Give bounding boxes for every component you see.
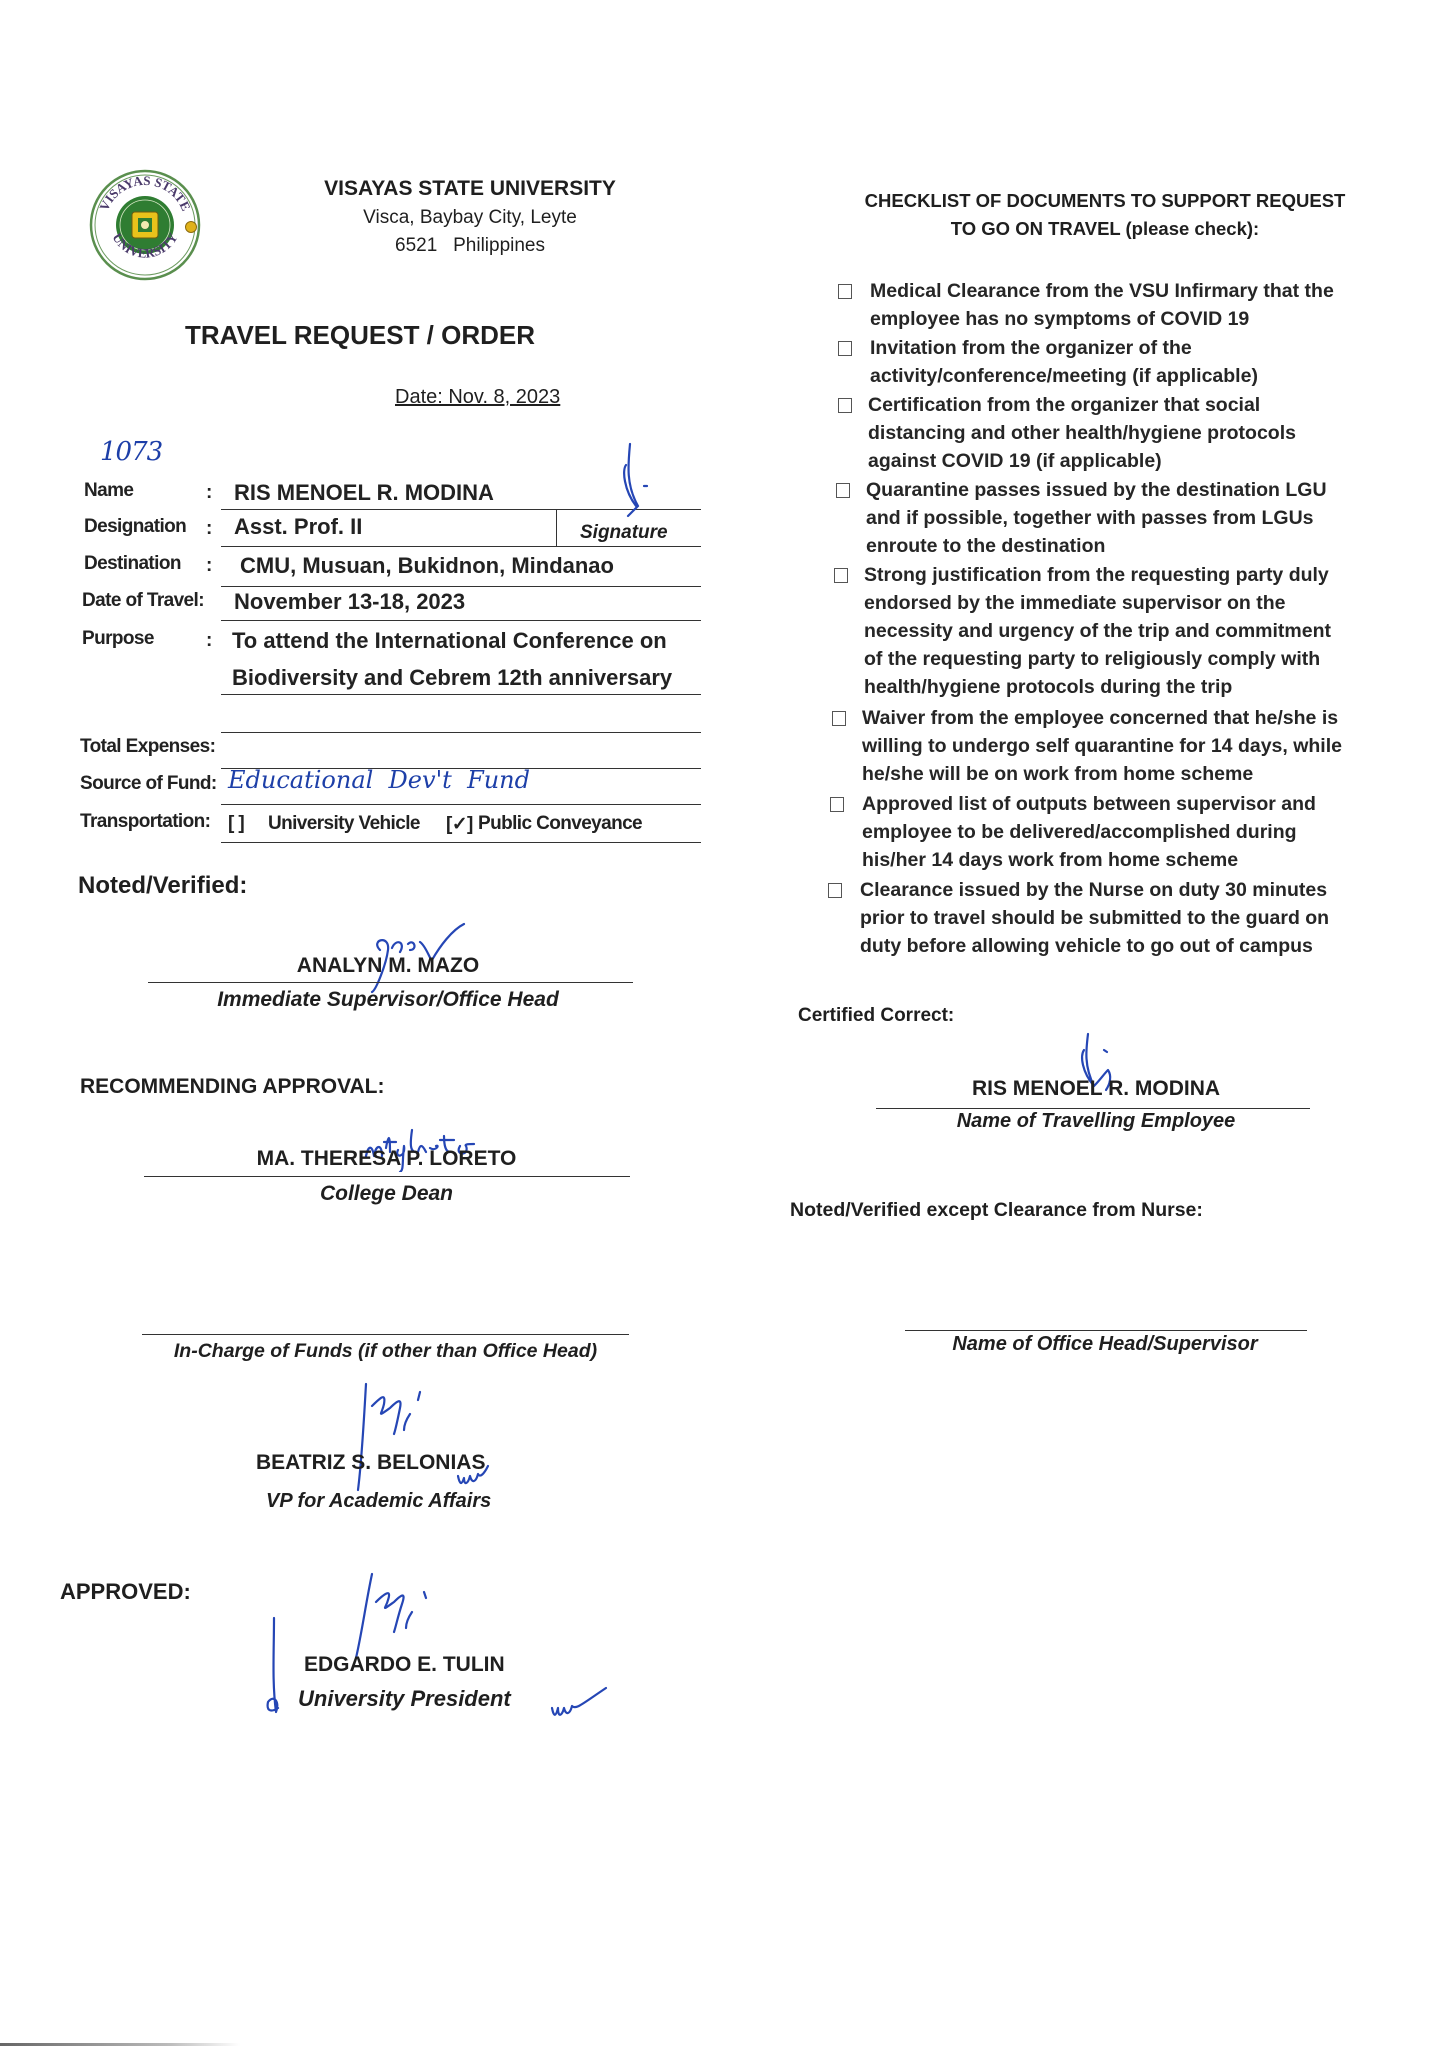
purpose-value-line2[interactable]: Biodiversity and Cebrem 12th anniversary [232, 665, 672, 691]
checklist-item: Quarantine passes issued by the destinat… [866, 476, 1327, 560]
university-address-line1: Visca, Baybay City, Leyte [300, 207, 640, 229]
vpaa-signature [340, 1378, 490, 1493]
vpaa-name: BEATRIZ S. BELONIAS [256, 1451, 485, 1475]
form-title: TRAVEL REQUEST / ORDER [170, 320, 550, 351]
checklist-item: Invitation from the organizer of theacti… [870, 334, 1258, 390]
destination-value[interactable]: CMU, Musuan, Bukidnon, Mindanao [240, 553, 614, 579]
office-head-title: Name of Office Head/Supervisor [905, 1333, 1305, 1356]
checklist-checkbox[interactable] [838, 284, 852, 299]
supervisor-name: ANALYN M. MAZO [148, 954, 628, 978]
transport-public-conveyance-checkbox[interactable]: [✓] [446, 813, 473, 836]
checklist-item-line: prior to travel should be submitted to t… [860, 904, 1329, 932]
checklist-item-line: employee has no symptoms of COVID 19 [870, 305, 1334, 333]
purpose-value-line1[interactable]: To attend the International Conference o… [232, 628, 667, 654]
checklist-checkbox[interactable] [834, 568, 848, 583]
checklist-item-line: Quarantine passes issued by the destinat… [866, 476, 1327, 504]
name-label: Name [84, 480, 133, 502]
recommending-approval-label: RECOMMENDING APPROVAL: [80, 1075, 385, 1099]
designation-underline [221, 546, 701, 547]
checklist-item-line: his/her 14 days work from home scheme [862, 846, 1316, 874]
checklist-checkbox[interactable] [830, 797, 844, 812]
checklist-item-line: willing to undergo self quarantine for 1… [862, 732, 1342, 760]
supervisor-signature-line [148, 982, 633, 983]
checklist-item: Medical Clearance from the VSU Infirmary… [870, 277, 1334, 333]
source-of-fund-value[interactable]: Educational Dev't Fund [228, 766, 530, 794]
checklist-item-line: he/she will be on work from home scheme [862, 760, 1342, 788]
checklist-item-line: Approved list of outputs between supervi… [862, 790, 1316, 818]
date-of-travel-underline [221, 620, 701, 621]
employee-signature-line [876, 1108, 1310, 1109]
vpaa-title: VP for Academic Affairs [266, 1490, 491, 1513]
checklist-item: Approved list of outputs between supervi… [862, 790, 1316, 874]
checklist-title-line2: TO GO ON TRAVEL (please check): [820, 218, 1390, 240]
checklist-item-line: Medical Clearance from the VSU Infirmary… [870, 277, 1334, 305]
purpose-sep: : [206, 630, 212, 652]
source-of-fund-underline [221, 804, 701, 805]
applicant-signature [616, 440, 666, 520]
checklist-item-line: activity/conference/meeting (if applicab… [870, 362, 1258, 390]
checklist-checkbox[interactable] [832, 711, 846, 726]
checklist-item-line: Waiver from the employee concerned that … [862, 704, 1342, 732]
signature-cell-divider [556, 510, 557, 546]
blank-underline [221, 732, 701, 733]
scan-edge-artifact [0, 2043, 240, 2046]
university-seal-icon: VISAYAS STATE UNIVERSITY [88, 168, 202, 282]
university-name: VISAYAS STATE UNIVERSITY [300, 177, 640, 201]
dean-signature-line [144, 1176, 630, 1177]
destination-label: Destination [84, 553, 181, 575]
source-of-fund-label: Source of Fund: [80, 773, 217, 795]
name-value[interactable]: RIS MENOEL R. MODINA [234, 480, 494, 506]
employee-title: Name of Travelling Employee [876, 1110, 1316, 1133]
dean-title: College Dean [144, 1182, 629, 1206]
checklist-item-line: health/hygiene protocols during the trip [864, 673, 1331, 701]
checklist-item-line: employee to be delivered/accomplished du… [862, 818, 1316, 846]
handwritten-reference-number: 1073 [100, 437, 162, 467]
checklist-item-line: against COVID 19 (if applicable) [868, 447, 1296, 475]
checklist-item: Clearance issued by the Nurse on duty 30… [860, 876, 1329, 960]
form-date: Date: Nov. 8, 2023 [395, 386, 560, 409]
transport-public-conveyance-label: Public Conveyance [478, 813, 642, 835]
purpose-underline [221, 694, 701, 695]
checklist-item-line: and if possible, together with passes fr… [866, 504, 1327, 532]
checklist-item-line: Strong justification from the requesting… [864, 561, 1331, 589]
total-expenses-label: Total Expenses: [80, 736, 215, 758]
checklist-item: Waiver from the employee concerned that … [862, 704, 1342, 788]
date-of-travel-value[interactable]: November 13-18, 2023 [234, 589, 465, 615]
checklist-item-line: Invitation from the organizer of the [870, 334, 1258, 362]
checklist-title-line1: CHECKLIST OF DOCUMENTS TO SUPPORT REQUES… [820, 190, 1390, 212]
transportation-label: Transportation: [80, 811, 210, 833]
destination-underline [221, 586, 701, 587]
name-sep: : [206, 482, 212, 504]
certified-correct-label: Certified Correct: [798, 1005, 954, 1027]
checklist-item: Strong justification from the requesting… [864, 561, 1331, 701]
checklist-item-line: distancing and other health/hygiene prot… [868, 419, 1296, 447]
employee-name: RIS MENOEL R. MODINA [876, 1077, 1316, 1101]
checklist-item-line: Certification from the organizer that so… [868, 391, 1296, 419]
checklist-item-line: enroute to the destination [866, 532, 1327, 560]
designation-label: Designation [84, 516, 186, 538]
checklist-item-line: Clearance issued by the Nurse on duty 30… [860, 876, 1329, 904]
noted-except-label: Noted/Verified except Clearance from Nur… [790, 1199, 1203, 1222]
checklist-checkbox[interactable] [838, 398, 852, 413]
designation-value[interactable]: Asst. Prof. II [234, 514, 362, 540]
checklist-item-line: necessity and urgency of the trip and co… [864, 617, 1331, 645]
checklist-checkbox[interactable] [838, 341, 852, 356]
transport-university-vehicle-label: University Vehicle [268, 813, 420, 835]
transport-university-vehicle-checkbox[interactable]: [ ] [228, 813, 244, 835]
university-address-line2: 6521 Philippines [300, 235, 640, 257]
funds-title: In-Charge of Funds (if other than Office… [142, 1340, 629, 1363]
signature-label: Signature [580, 522, 668, 544]
noted-verified-label: Noted/Verified: [78, 872, 247, 900]
destination-sep: : [206, 555, 212, 577]
checklist-item-line: endorsed by the immediate supervisor on … [864, 589, 1331, 617]
designation-sep: : [206, 518, 212, 540]
supervisor-title: Immediate Supervisor/Office Head [148, 988, 628, 1012]
checklist-item: Certification from the organizer that so… [868, 391, 1296, 475]
approved-label: APPROVED: [60, 1579, 191, 1605]
office-head-signature-line [905, 1330, 1307, 1331]
president-title: University President [298, 1686, 511, 1712]
checklist-checkbox[interactable] [828, 883, 842, 898]
president-name: EDGARDO E. TULIN [304, 1653, 505, 1677]
date-of-travel-label: Date of Travel: [82, 590, 204, 612]
purpose-label: Purpose [82, 628, 154, 650]
funds-signature-line [142, 1334, 629, 1335]
checklist-item-line: duty before allowing vehicle to go out o… [860, 932, 1329, 960]
transportation-underline [221, 842, 701, 843]
dean-name: MA. THERESA P. LORETO [144, 1147, 629, 1171]
checklist-item-line: of the requesting party to religiously c… [864, 645, 1331, 673]
university-seal: VISAYAS STATE UNIVERSITY [88, 168, 202, 282]
checklist-checkbox[interactable] [836, 483, 850, 498]
